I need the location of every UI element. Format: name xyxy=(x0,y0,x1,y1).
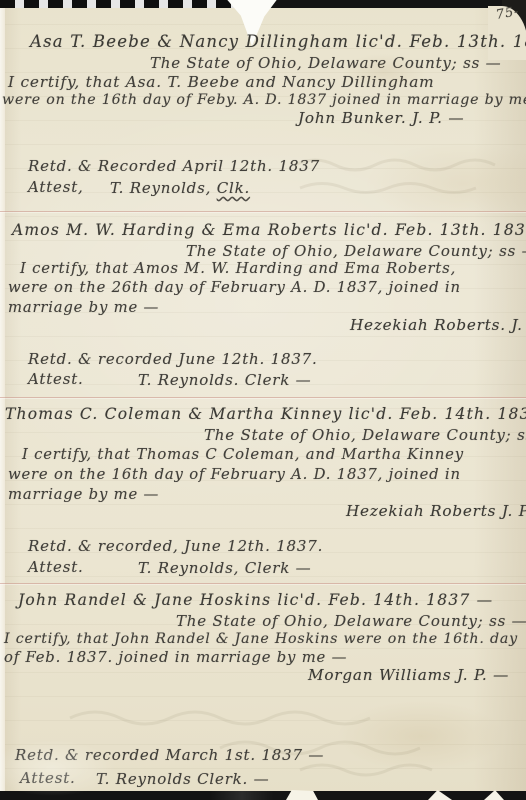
attest-label: Attest, xyxy=(28,180,84,195)
certificate-line: marriage by me — xyxy=(8,301,159,316)
clerk-name: T. Reynolds. Clerk — xyxy=(138,371,312,389)
record-couple-line: Asa T. Beebe & Nancy Dillingham lic'd. F… xyxy=(30,34,526,51)
clerk-name: T. Reynolds, xyxy=(110,179,217,197)
clerk-signature: T. Reynolds Clerk. — xyxy=(96,772,270,787)
jurisdiction-line: The State of Ohio, Delaware County; ss — xyxy=(176,614,526,629)
attest-label: Attest. xyxy=(28,372,84,387)
entry-separator xyxy=(0,211,526,212)
attest-label: Attest. xyxy=(28,560,84,575)
certificate-line: I certify, that Asa. T. Beebe and Nancy … xyxy=(8,75,434,90)
officiant-signature: Morgan Williams J. P. — xyxy=(308,668,509,683)
clerk-signature: T. Reynolds. Clerk — xyxy=(138,373,312,388)
certificate-line: of Feb. 1837. joined in marriage by me — xyxy=(4,651,347,666)
record-couple-line: John Randel & Jane Hoskins lic'd. Feb. 1… xyxy=(18,593,493,609)
clerk-signature: T. Reynolds, Clerk — xyxy=(138,561,312,576)
officiant-signature: Hezekiah Roberts J. P. xyxy=(346,504,526,519)
clerk-title: Clk. xyxy=(217,179,250,197)
clerk-name: T. Reynolds, Clerk — xyxy=(138,559,312,577)
clerk-name: T. Reynolds Clerk. — xyxy=(96,770,270,788)
clerk-signature: T. Reynolds, Clk. xyxy=(110,181,250,196)
certificate-line: I certify, that Thomas C Coleman, and Ma… xyxy=(22,448,464,463)
entry-separator xyxy=(0,397,526,398)
film-edge-checker xyxy=(0,0,235,8)
page-number: 75- xyxy=(495,5,520,22)
return-recorded-line: Retd. & recorded June 12th. 1837. xyxy=(28,352,318,367)
certificate-line: were on the 26th day of February A. D. 1… xyxy=(8,281,461,296)
certificate-line: I certify, that John Randel & Jane Hoski… xyxy=(4,632,518,646)
record-couple-line: Amos M. W. Harding & Ema Roberts lic'd. … xyxy=(12,223,526,239)
bleedthrough-ink xyxy=(290,150,510,210)
officiant-signature: John Bunker. J. P. — xyxy=(298,111,464,126)
certificate-line: marriage by me — xyxy=(8,488,159,503)
certificate-line: I certify, that Amos M. W. Harding and E… xyxy=(20,262,456,277)
certificate-line: were on the 16th day of February A. D. 1… xyxy=(8,468,461,483)
scan-left-edge xyxy=(0,0,5,800)
jurisdiction-line: The State of Ohio, Delaware County; ss — xyxy=(204,428,526,443)
jurisdiction-line: The State of Ohio, Delaware County; ss — xyxy=(186,244,526,259)
entry-separator xyxy=(0,583,526,584)
bleedthrough-ink xyxy=(60,700,500,780)
certificate-line: were on the 16th day of Feby. A. D. 1837… xyxy=(2,93,526,107)
return-recorded-line: Retd. & Recorded April 12th. 1837 xyxy=(28,159,320,174)
return-recorded-line: Retd. & recorded, June 12th. 1837. xyxy=(28,539,323,554)
marriage-record-page: 75- Asa T. Beebe & Nancy Dillingham lic'… xyxy=(0,0,526,800)
return-recorded-line: Retd. & recorded March 1st. 1837 — xyxy=(15,748,324,763)
jurisdiction-line: The State of Ohio, Delaware County; ss — xyxy=(150,56,501,71)
attest-label: Attest. xyxy=(20,771,76,786)
officiant-signature: Hezekiah Roberts. J. P. — xyxy=(350,318,526,333)
record-couple-line: Thomas C. Coleman & Martha Kinney lic'd.… xyxy=(5,407,526,423)
